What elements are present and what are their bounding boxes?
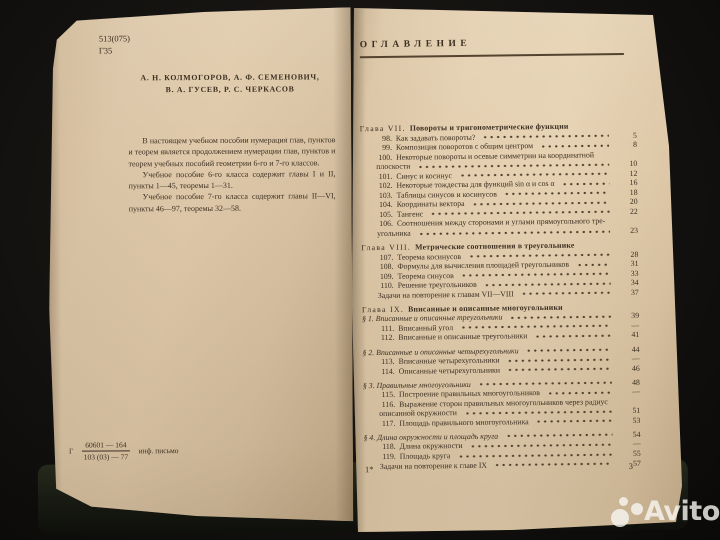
photo-of-open-book: 513(075) Г35 А. Н. КОЛМОГОРОВ, А. Ф. СЕМ… <box>0 0 720 540</box>
dot-leader <box>505 432 612 440</box>
imprint-numerator: 60601 — 164 <box>82 440 129 451</box>
toc-page-number: 10 <box>613 159 637 169</box>
dot-leader <box>562 180 610 188</box>
toc-entry-number: 103. <box>360 191 393 201</box>
avito-logo-icon <box>611 509 629 527</box>
toc-row: угольника23 <box>360 226 638 239</box>
toc-entry-title: Таблицы синусов и косинусов <box>397 189 497 200</box>
toc-page-number: 31 <box>614 259 638 269</box>
toc-entry-title: Описанные четырехугольники <box>399 365 500 376</box>
authors-line: А. Н. КОЛМОГОРОВ, А. Ф. СЕМЕНОВИЧ, <box>104 71 356 84</box>
toc-chapter-title: Повороты и тригонометрические функции <box>410 122 569 133</box>
toc-entry-title: плоскости <box>376 162 410 172</box>
toc-entry-number: 108. <box>360 262 393 272</box>
toc-entry-number: 111. <box>361 324 394 334</box>
dot-leader <box>418 228 610 237</box>
imprint-prefix: Г <box>69 447 73 456</box>
toc-entry-number: 107. <box>360 252 393 262</box>
toc-entry-number: 100. <box>359 152 392 162</box>
avito-watermark: Avito <box>606 496 720 538</box>
table-of-contents: ОГЛАВЛЕНИЕ Глава VII.Повороты и тригоном… <box>357 3 641 534</box>
toc-entry-number: 104. <box>360 200 393 210</box>
toc-page-number: — <box>616 387 640 397</box>
toc-page-number: 51 <box>616 406 640 416</box>
imprint-denominator: 103 (03) — 77 <box>82 451 129 461</box>
dot-leader <box>540 142 609 150</box>
toc-page-number: 22 <box>614 207 638 217</box>
toc-entry-number: 99. <box>359 143 392 153</box>
toc-page-number: 8 <box>613 140 637 150</box>
toc-row: 117.Площадь правильного многоугольника53 <box>362 416 640 429</box>
toc-entry-number: 105. <box>360 210 393 220</box>
toc-entry-number: 113. <box>362 357 395 367</box>
toc-entry-title: Тангенс <box>397 209 424 219</box>
page-number: 3 <box>629 461 633 471</box>
toc-entry-title: Задачи на повторение к главам VII—VIII <box>378 289 514 300</box>
toc-entry-number: 112. <box>361 333 394 343</box>
toc-chapter-label: Глава VII. <box>360 124 406 134</box>
avito-logo-icon <box>619 497 628 506</box>
toc-entry-title: Координаты вектора <box>397 199 465 209</box>
toc-page-number: 44 <box>615 344 639 354</box>
toc-page-number: 53 <box>616 416 640 426</box>
toc-entry-title: Площадь правильного многоугольника <box>399 417 528 428</box>
intro-text: В настоящем учебном пособии нумерация гл… <box>128 134 335 214</box>
udc-code: 513(075) <box>99 33 130 45</box>
left-page: 513(075) Г35 А. Н. КОЛМОГОРОВ, А. Ф. СЕМ… <box>44 7 354 523</box>
toc-chapter-label: Глава VIII. <box>361 243 411 253</box>
avito-brand-text: Avito <box>644 496 720 527</box>
toc-row: 114.Описанные четырехугольники46 <box>362 363 640 376</box>
toc-page-number: 37 <box>615 288 639 298</box>
toc-entry-title: угольника <box>377 229 411 239</box>
toc-page-number: — <box>617 439 641 449</box>
toc-page-number: 48 <box>616 377 640 387</box>
toc-page-number: 20 <box>614 197 638 207</box>
dot-leader <box>534 332 611 340</box>
toc-entry-number: 118. <box>363 442 396 452</box>
toc-page-number: 39 <box>615 311 639 321</box>
author-code: Г35 <box>99 45 130 57</box>
dot-leader <box>526 346 612 354</box>
dot-leader <box>521 290 611 298</box>
toc-page-number: 46 <box>616 363 640 373</box>
toc-entry-number: 106. <box>360 219 393 229</box>
authors-block: А. Н. КОЛМОГОРОВ, А. Ф. СЕМЕНОВИЧ, В. А.… <box>104 71 356 95</box>
imprint-fraction: 60601 — 164 103 (03) — 77 <box>82 440 129 461</box>
toc-page-number: 23 <box>614 226 638 236</box>
toc-page-number: 16 <box>613 178 637 188</box>
toc-entry-title: Вписанные и описанные треугольники <box>398 332 527 343</box>
toc-entry-number: 115. <box>362 390 395 400</box>
toc-entry-number: 101. <box>359 172 392 182</box>
heading-rule <box>360 53 624 58</box>
imprint-note: инф. письмо <box>139 446 179 455</box>
dot-leader <box>509 313 611 321</box>
toc-list: Глава VII.Повороты и тригонометрические … <box>359 121 641 471</box>
catalog-codes: 513(075) Г35 <box>99 33 130 56</box>
dot-leader <box>576 261 610 268</box>
toc-page-number: 55 <box>617 449 641 459</box>
toc-chapter-label: Глава IX. <box>362 305 404 315</box>
avito-logo-icon <box>631 503 643 515</box>
dot-leader <box>547 389 612 397</box>
page-footer: 1* 3 <box>365 461 633 474</box>
toc-row: Задачи на повторение к главам VII—VIII37 <box>361 288 639 301</box>
toc-entry-number: 102. <box>359 181 392 191</box>
intro-paragraph: Учебное пособие 7-го класса содержит гла… <box>129 191 336 215</box>
toc-page-number: 33 <box>614 269 638 279</box>
right-page: ОГЛАВЛЕНИЕ Глава VII.Повороты и тригоном… <box>352 6 684 534</box>
toc-entry-title: Длина окружности <box>400 441 463 451</box>
toc-page-number: — <box>616 354 640 364</box>
toc-page-number: 28 <box>614 249 638 259</box>
dot-leader <box>504 190 610 198</box>
toc-entry-number: 119. <box>363 452 396 462</box>
toc-entry-number: 114. <box>362 366 395 376</box>
toc-page-number: 41 <box>615 330 639 340</box>
toc-page-number: 18 <box>614 188 638 198</box>
toc-entry-number: 110. <box>361 281 394 291</box>
toc-entry-number: 116. <box>362 400 395 410</box>
toc-chapter-title: Метрические соотношения в треугольнике <box>415 241 575 252</box>
intro-paragraph: Учебное пособие 6-го класса содержит гла… <box>128 168 335 192</box>
toc-heading: ОГЛАВЛЕНИЕ <box>360 39 472 50</box>
dot-leader <box>507 365 612 373</box>
toc-page-number: 12 <box>613 169 637 179</box>
toc-page-number: 5 <box>613 130 637 140</box>
intro-paragraph: В настоящем учебном пособии нумерация гл… <box>128 134 335 169</box>
imprint-code: Г 60601 — 164 103 (03) — 77 инф. письмо <box>69 440 179 462</box>
dot-leader <box>506 356 611 364</box>
footer-signature-mark: 1* <box>365 464 374 474</box>
toc-page-number: 54 <box>616 430 640 440</box>
toc-page-number: 34 <box>615 278 639 288</box>
toc-row: 112.Вписанные и описанные треугольники41 <box>361 330 639 343</box>
dot-leader <box>536 418 613 426</box>
toc-page-number: — <box>615 321 639 331</box>
toc-entry-number: 98. <box>359 133 392 143</box>
toc-entry-number: 109. <box>361 272 394 282</box>
toc-entry-number: 117. <box>362 419 395 429</box>
authors-line: В. А. ГУСЕВ, Р. С. ЧЕРКАСОВ <box>104 83 356 96</box>
